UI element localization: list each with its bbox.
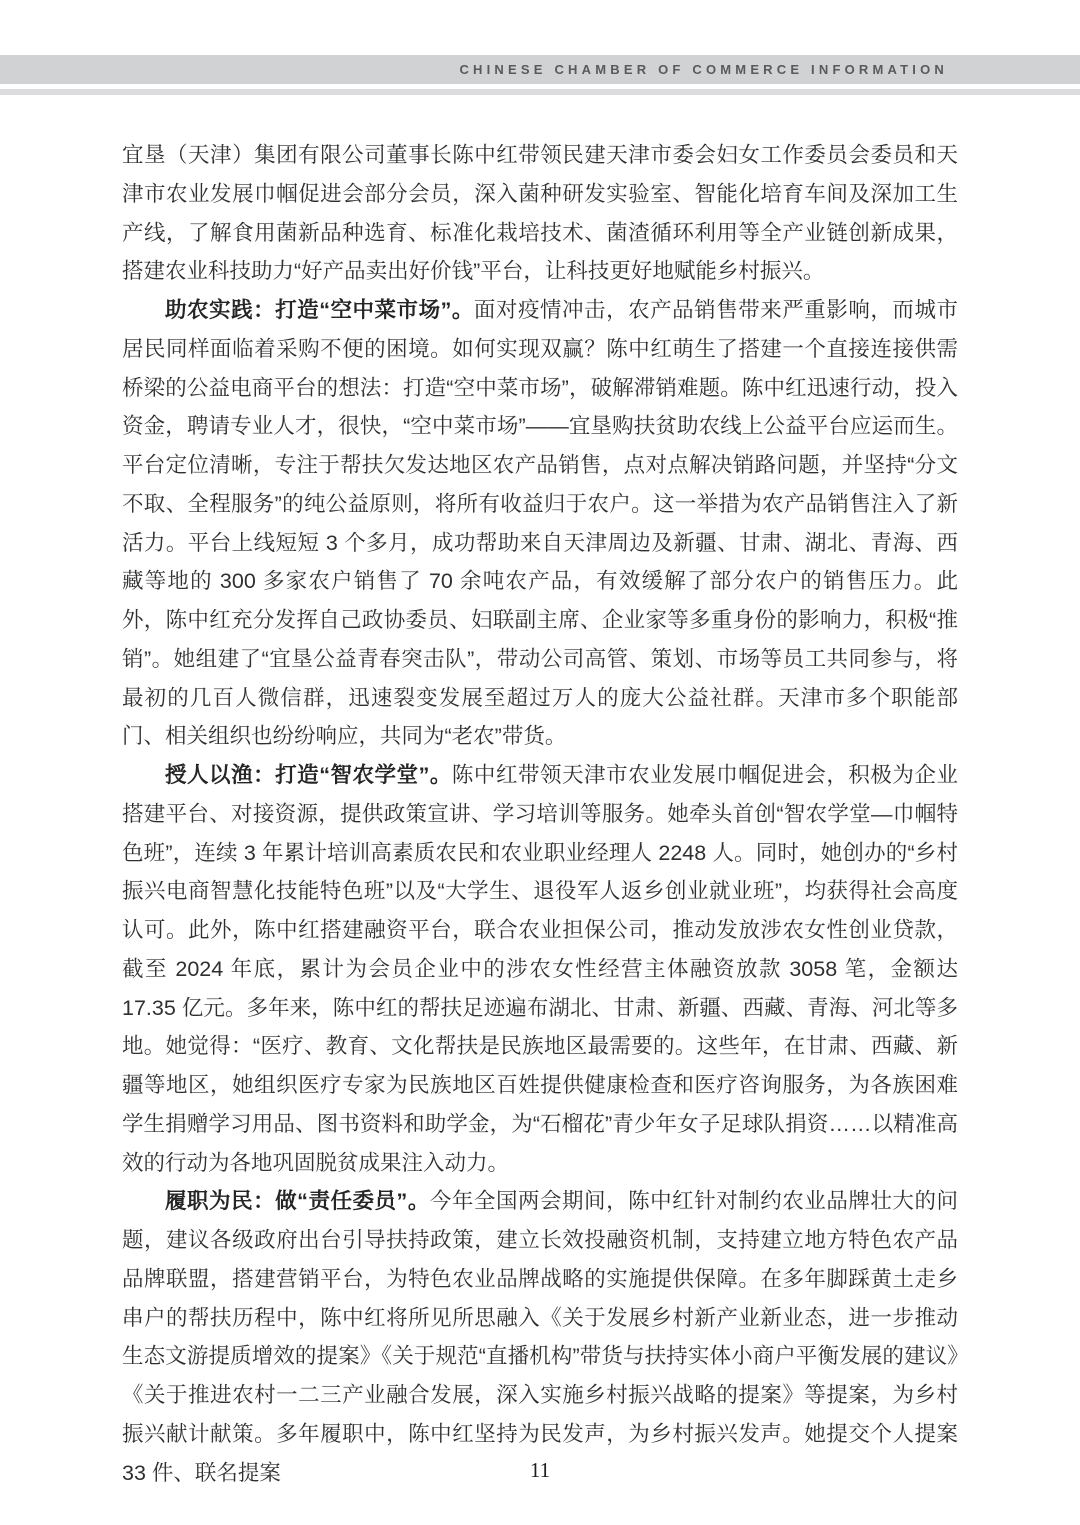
header-band-title: CHINESE CHAMBER OF COMMERCE INFORMATION — [459, 62, 948, 77]
paragraph-text: 面对疫情冲击，农产品销售带来严重影响，而城市居民同样面临着采购不便的困境。如何实… — [122, 298, 958, 748]
paragraph-continuation: 宜垦（天津）集团有限公司董事长陈中红带领民建天津市委会妇女工作委员会委员和天津市… — [122, 136, 958, 291]
paragraph-duty-for-people: 履职为民：做“责任委员”。今年全国两会期间，陈中红针对制约农业品牌壮大的问题，建… — [122, 1182, 958, 1492]
paragraph-text: 宜垦（天津）集团有限公司董事长陈中红带领民建天津市委会妇女工作委员会委员和天津市… — [122, 143, 958, 283]
page-footer: 11 — [0, 1458, 1080, 1483]
section-heading-smart-academy: 授人以渔：打造“智农学堂”。 — [165, 763, 452, 787]
paragraph-text: 今年全国两会期间，陈中红针对制约农业品牌壮大的问题，建议各级政府出台引导扶持政策… — [122, 1189, 958, 1484]
section-heading-responsible-member: 履职为民：做“责任委员”。 — [165, 1189, 430, 1213]
page-number: 11 — [530, 1458, 550, 1482]
header-subband-rule — [0, 89, 1080, 95]
paragraph-helping-farmers: 助农实践：打造“空中菜市场”。面对疫情冲击，农产品销售带来严重影响，而城市居民同… — [122, 291, 958, 756]
paragraph-text: 陈中红带领天津市农业发展巾帼促进会，积极为企业搭建平台、对接资源，提供政策宣讲、… — [122, 763, 958, 1175]
header-band: CHINESE CHAMBER OF COMMERCE INFORMATION — [0, 55, 1080, 84]
paragraph-teaching-fishing: 授人以渔：打造“智农学堂”。陈中红带领天津市农业发展巾帼促进会，积极为企业搭建平… — [122, 756, 958, 1182]
article-body: 宜垦（天津）集团有限公司董事长陈中红带领民建天津市委会妇女工作委员会委员和天津市… — [122, 136, 958, 1492]
section-heading-air-market: 助农实践：打造“空中菜市场”。 — [165, 298, 474, 322]
